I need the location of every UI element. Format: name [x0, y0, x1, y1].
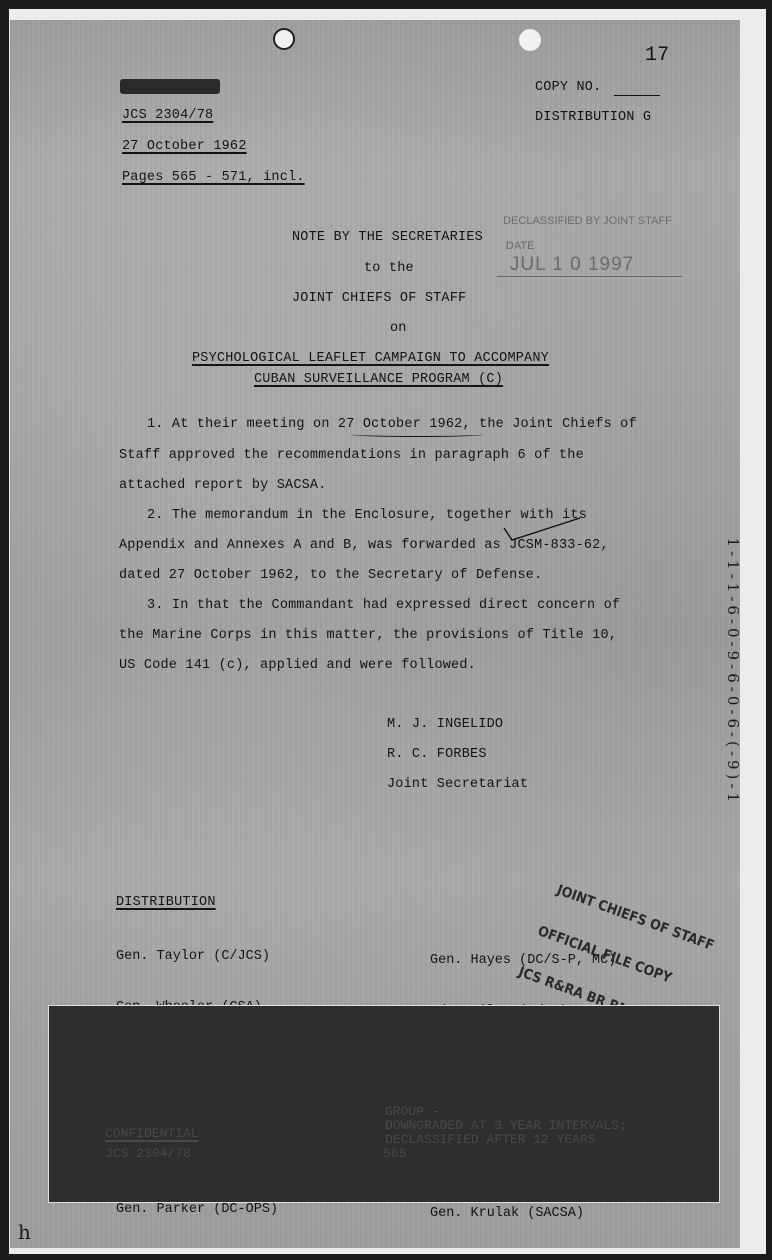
- document-title-line-2: CUBAN SURVEILLANCE PROGRAM (C): [254, 372, 503, 387]
- heading-line-1: NOTE BY THE SECRETARIES: [292, 230, 483, 245]
- handwritten-underline: [351, 432, 483, 437]
- signature-1: M. J. INGELIDO: [387, 717, 503, 732]
- heading-line-2: to the: [364, 261, 414, 276]
- paragraph-2-line-3: dated 27 October 1962, to the Secretary …: [119, 568, 542, 583]
- punch-hole-left: [273, 28, 295, 50]
- declassified-date-value: JUL 1 0 1997: [510, 254, 634, 275]
- ghost-group-line-2: DOWNGRADED AT 3 YEAR INTERVALS;: [385, 1118, 627, 1133]
- distribution-heading: DISTRIBUTION: [116, 895, 216, 910]
- copy-number-label: COPY NO.: [535, 80, 601, 95]
- heading-line-4: on: [390, 321, 407, 336]
- distribution-item: Gen. Taylor (C/JCS): [116, 950, 278, 965]
- margin-handwriting: 1-1-1-6-0-9-6-0-6-(-9)-1: [724, 520, 760, 806]
- margin-handwriting-text: 1-1-1-6-0-9-6-0-6-(-9)-1: [724, 538, 742, 806]
- distribution-item: Gen. Krulak (SACSA): [430, 1207, 616, 1222]
- heading-line-3: JOINT CHIEFS OF STAFF: [292, 291, 466, 306]
- document-reference: JCS 2304/78: [122, 108, 213, 123]
- ghost-group-line-3: DECLASSIFIED AFTER 12 YEARS: [385, 1132, 596, 1147]
- copy-number-blank: [614, 95, 660, 96]
- document-pages: Pages 565 - 571, incl.: [122, 170, 305, 185]
- paragraph-3-line-2: the Marine Corps in this matter, the pro…: [119, 628, 617, 643]
- document-date: 27 October 1962: [122, 139, 247, 154]
- declassified-date-label: DATE: [506, 240, 535, 252]
- paragraph-1-text: 1. At their meeting on 27 October 1962, …: [147, 417, 637, 432]
- ghost-page-bottom: 565: [383, 1146, 406, 1161]
- distribution-item: Gen. Parker (DC-OPS): [116, 1203, 278, 1218]
- ghost-reference-bottom: JCS 2304/78: [105, 1146, 191, 1161]
- ghost-group-line-1: GROUP -: [385, 1104, 440, 1119]
- punch-hole-right: [519, 29, 541, 51]
- paragraph-1-line-1: 1. At their meeting on 27 October 1962, …: [147, 417, 637, 432]
- paragraph-1-line-3: attached report by SACSA.: [119, 478, 327, 493]
- paragraph-1-line-2: Staff approved the recommendations in pa…: [119, 448, 584, 463]
- paragraph-2-line-2: Appendix and Annexes A and B, was forwar…: [119, 538, 609, 553]
- declassified-date: DATE JUL 1 0 1997: [497, 218, 682, 277]
- paragraph-3-line-1: 3. In that the Commandant had expressed …: [147, 598, 620, 613]
- signature-3: Joint Secretariat: [387, 777, 528, 792]
- paragraph-3-line-3: US Code 141 (c), applied and were follow…: [119, 658, 476, 673]
- document-title-line-1: PSYCHOLOGICAL LEAFLET CAMPAIGN TO ACCOMP…: [192, 351, 549, 366]
- classification-marking-top: CONFIDENTIAL: [120, 79, 220, 94]
- page-number-top: 17: [645, 44, 669, 67]
- signature-2: R. C. FORBES: [387, 747, 487, 762]
- corner-handwriting: h: [18, 1220, 31, 1244]
- redaction-block: GROUP - DOWNGRADED AT 3 YEAR INTERVALS; …: [48, 1005, 720, 1203]
- distribution-code: DISTRIBUTION G: [535, 110, 651, 125]
- ghost-classification-bottom: CONFIDENTIAL: [105, 1126, 199, 1141]
